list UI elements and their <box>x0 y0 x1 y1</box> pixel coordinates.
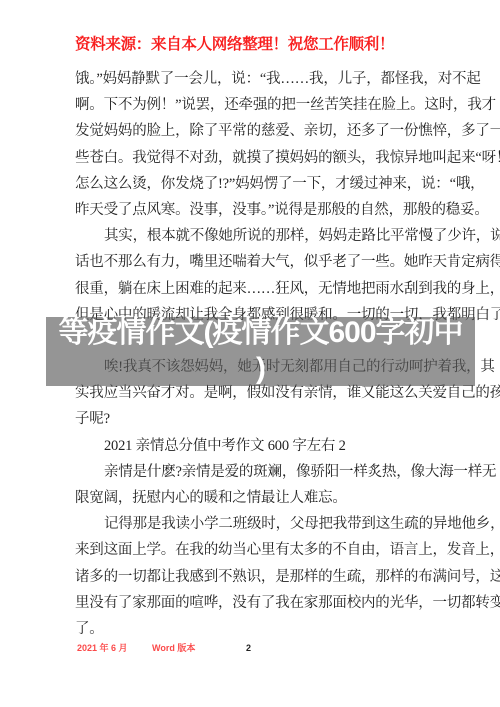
overlay-title-line1: 等疫情作文(疫情作文600字初中 <box>58 315 462 351</box>
text-line: 了。 <box>75 616 427 642</box>
text-line: 其实，根本就不像她所说的那样，妈妈走路比平常慢了少许，说 <box>75 223 427 249</box>
footer-date: 2021 年 6 月 <box>77 641 128 655</box>
text-line: 怎么这么烫，你发烧了!?”妈妈愣了一下，才缓过神来，说：“哦， <box>75 171 427 197</box>
text-line: 话也不那么有力，嘴里还喘着大气，似乎老了一些。她昨天肯定病得 <box>75 249 427 275</box>
source-notice-banner: 资料来源：来自本人网络整理！祝您工作顺利！ <box>75 34 455 56</box>
page-number: 2 <box>246 641 251 655</box>
footer-left: 2021 年 6 月 Word 版本 <box>77 641 195 655</box>
document-page: 资料来源：来自本人网络整理！祝您工作顺利！ 饿。”妈妈静默了一会儿，说：“我……… <box>0 0 500 707</box>
text-line: 昨天受了点风寒。没事，没事。”说得是那般的自然，那般的稳妥。 <box>75 197 427 223</box>
text-line: 诸多的一切都让我感到不熟识，是那样的生疏，那样的布满问号，这 <box>75 564 427 590</box>
text-line: 亲情是什麽?亲情是爱的斑斓，像骄阳一样炙热，像大海一样无 <box>75 459 427 485</box>
text-line: 2021 亲情总分值中考作文 600 字左右 2 <box>75 433 427 459</box>
text-line: 饿。”妈妈静默了一会儿，说：“我……我，儿子，都怪我，对不起 <box>75 66 427 92</box>
footer-version-label: Word 版本 <box>152 641 195 655</box>
text-line: 来到这面上学。在我的幼当心里有太多的不自由，语言上，发音上， <box>75 537 427 563</box>
text-line: 子呢? <box>75 406 427 432</box>
text-line: 很重，躺在床上困难的起来……狂风，无情地把雨水刮到我的身上， <box>75 276 427 302</box>
text-line: 里没有了家那面的喧哗，没有了我在家那面校内的光华，一切都转变 <box>75 590 427 616</box>
text-line: 些苍白。我觉得不对劲，就摸了摸妈妈的额头，我惊异地叫起来“呀！ <box>75 145 427 171</box>
text-line: 记得那是我读小学二班级时，父母把我带到这生疏的异地他乡， <box>75 511 427 537</box>
text-line: 发觉妈妈的脸上，除了平常的慈爱、亲切，还多了一份憔悴，多了一 <box>75 118 427 144</box>
watermark-overlay: 等疫情作文(疫情作文600字初中 ) <box>46 317 475 386</box>
page-footer: 2021 年 6 月 Word 版本 2 <box>77 641 457 655</box>
text-line: 限宽阔，抚慰内心的暖和之情最让人难忘。 <box>75 485 427 511</box>
text-line: 啊。下不为例！”说罢，还牵强的把一丝苦笑挂在脸上。这时，我才 <box>75 92 427 118</box>
overlay-title-line2: ) <box>256 351 265 387</box>
